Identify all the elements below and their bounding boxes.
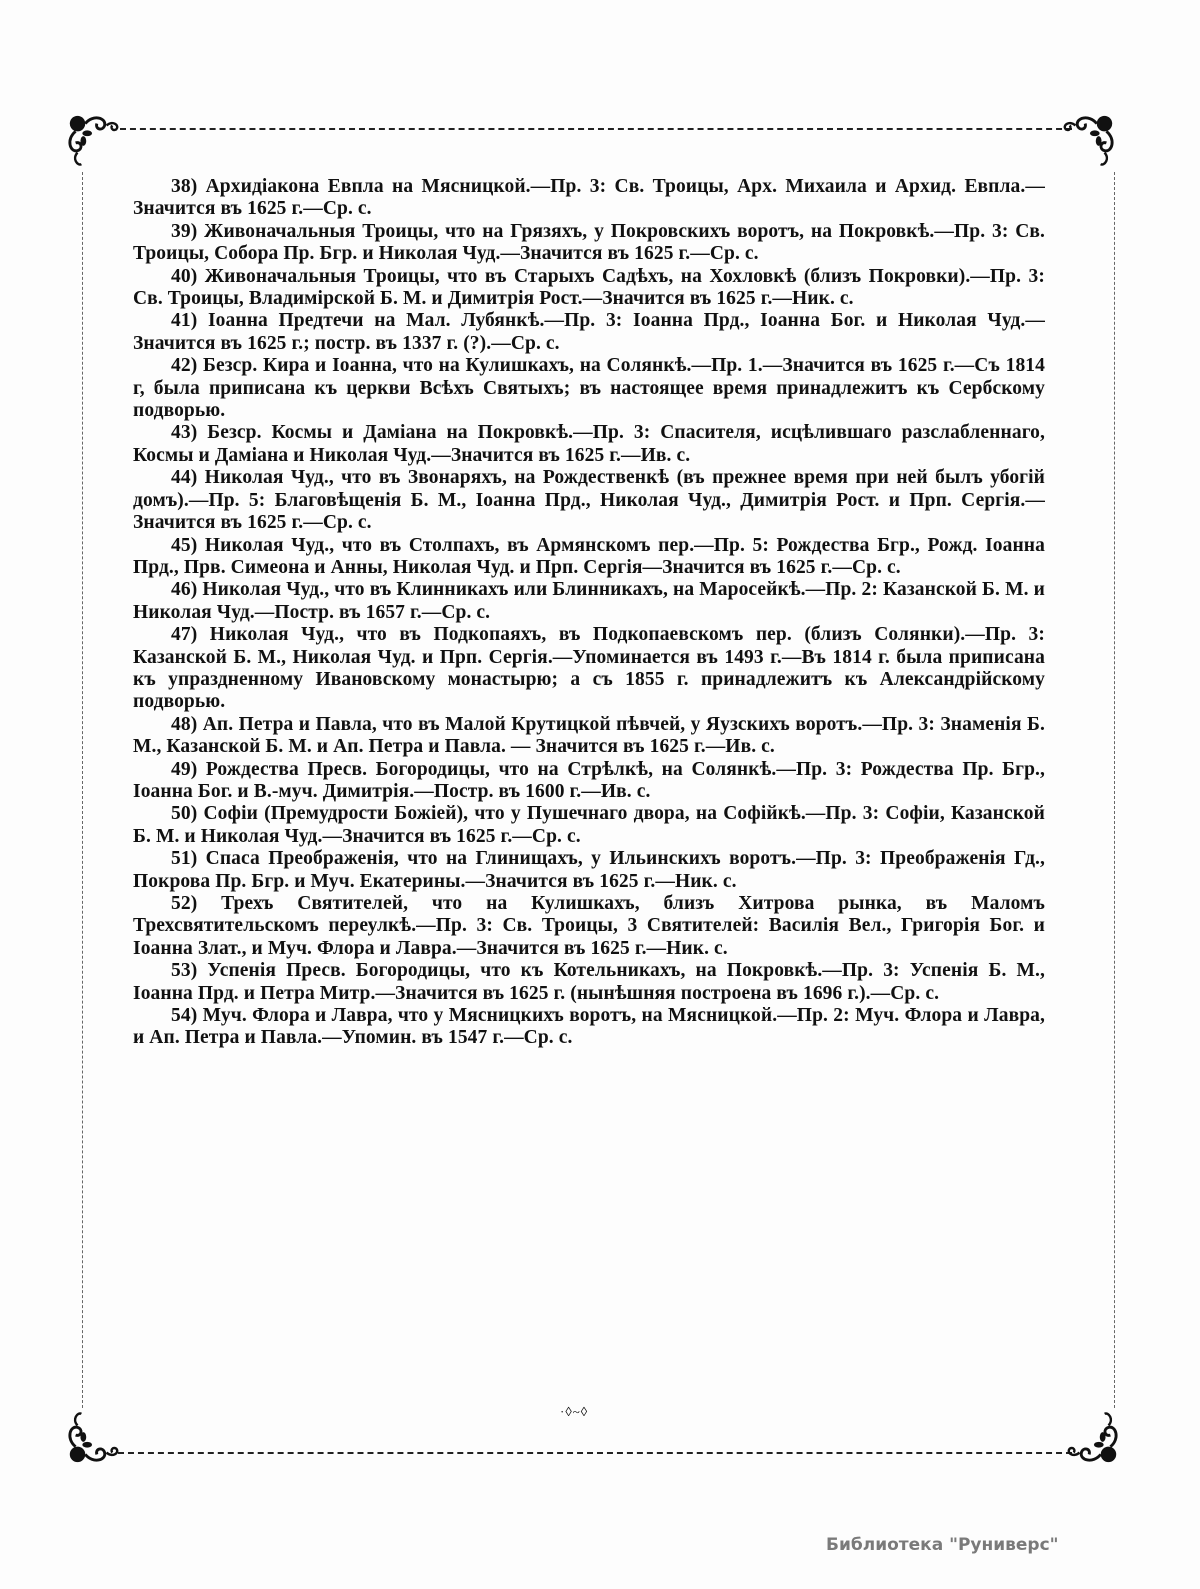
church-entry-43: 43) Безср. Космы и Даміана на Покровкѣ.—…: [133, 422, 1045, 467]
entry-text: Успенія Пресв. Богородицы, что къ Котель…: [133, 960, 1045, 1003]
entry-number: 45): [171, 535, 197, 556]
entry-number: 48): [171, 714, 197, 735]
entry-text: Николая Чуд., что въ Клинникахъ или Блин…: [133, 579, 1045, 622]
church-entry-54: 54) Муч. Флора и Лавра, что у Мясницкихъ…: [133, 1005, 1045, 1050]
corner-flourish-icon: [1060, 112, 1118, 170]
entry-number: 52): [171, 893, 197, 914]
entry-number: 39): [171, 221, 197, 242]
entry-text: Рождества Пресв. Богородицы, что на Стрѣ…: [133, 759, 1045, 802]
church-entry-52: 52) Трехъ Святителей, что на Кулишкахъ, …: [133, 893, 1045, 960]
entry-text: Безср. Космы и Даміана на Покровкѣ.—Пр. …: [133, 422, 1045, 465]
entry-text: Николая Чуд., что въ Подкопаяхъ, въ Подк…: [133, 624, 1045, 712]
entry-number: 38): [171, 176, 197, 197]
entry-text: Ап. Петра и Павла, что въ Малой Крутицко…: [133, 714, 1045, 757]
entry-text: Трехъ Святителей, что на Кулишкахъ, близ…: [133, 893, 1045, 959]
bottom-dashed-rule: [118, 1452, 1072, 1454]
right-border-rule: [1114, 172, 1115, 1408]
church-entry-42: 42) Безср. Кира и Іоанна, что на Кулишка…: [133, 355, 1045, 422]
entry-text: Муч. Флора и Лавра, что у Мясницкихъ вор…: [133, 1005, 1045, 1048]
church-entry-51: 51) Спаса Преображенія, что на Глинищахъ…: [133, 848, 1045, 893]
entry-number: 43): [171, 422, 197, 443]
entry-number: 51): [171, 848, 197, 869]
entry-text: Безср. Кира и Іоанна, что на Кулишкахъ, …: [133, 355, 1045, 421]
corner-flourish-icon: [64, 112, 122, 170]
corner-flourish-icon: [64, 1408, 122, 1466]
entry-number: 42): [171, 355, 197, 376]
entry-text: Николая Чуд., что въ Столпахъ, въ Армянс…: [133, 535, 1045, 578]
entry-text: Николая Чуд., что въ Звонаряхъ, на Рожде…: [133, 467, 1045, 533]
entry-number: 49): [171, 759, 197, 780]
church-entry-39: 39) Живоначальныя Троицы, что на Грязяхъ…: [133, 221, 1045, 266]
entry-text: Іоанна Предтечи на Мал. Лубянкѣ.—Пр. 3: …: [133, 310, 1045, 353]
church-entry-38: 38) Архидіакона Евпла на Мясницкой.—Пр. …: [133, 176, 1045, 221]
church-entry-48: 48) Ап. Петра и Павла, что въ Малой Крут…: [133, 714, 1045, 759]
church-entry-46: 46) Николая Чуд., что въ Клинникахъ или …: [133, 579, 1045, 624]
entry-number: 44): [171, 467, 197, 488]
entry-number: 47): [171, 624, 197, 645]
top-dashed-rule: [120, 128, 1072, 130]
entry-number: 50): [171, 803, 197, 824]
entry-number: 41): [171, 310, 197, 331]
entry-text: Спаса Преображенія, что на Глинищахъ, у …: [133, 848, 1045, 891]
church-entry-45: 45) Николая Чуд., что въ Столпахъ, въ Ар…: [133, 535, 1045, 580]
entry-number: 46): [171, 579, 197, 600]
entry-number: 53): [171, 960, 197, 981]
entry-text: Живоначальныя Троицы, что въ Старыхъ Сад…: [133, 266, 1045, 309]
church-entry-50: 50) Софіи (Премудрости Божіей), что у Пу…: [133, 803, 1045, 848]
church-list: 38) Архидіакона Евпла на Мясницкой.—Пр. …: [133, 176, 1045, 1050]
end-ornament-icon: ·◊~◊: [560, 1404, 588, 1420]
church-entry-44: 44) Николая Чуд., что въ Звонаряхъ, на Р…: [133, 467, 1045, 534]
church-entry-49: 49) Рождества Пресв. Богородицы, что на …: [133, 759, 1045, 804]
church-entry-53: 53) Успенія Пресв. Богородицы, что къ Ко…: [133, 960, 1045, 1005]
left-border-rule: [82, 172, 83, 1408]
entry-number: 40): [171, 266, 197, 287]
corner-flourish-icon: [1064, 1408, 1122, 1466]
entry-number: 54): [171, 1005, 197, 1026]
entry-text: Архидіакона Евпла на Мясницкой.—Пр. 3: С…: [133, 176, 1045, 219]
entry-text: Живоначальныя Троицы, что на Грязяхъ, у …: [133, 221, 1045, 264]
church-entry-47: 47) Николая Чуд., что въ Подкопаяхъ, въ …: [133, 624, 1045, 714]
entry-text: Софіи (Премудрости Божіей), что у Пушечн…: [133, 803, 1045, 846]
church-entry-41: 41) Іоанна Предтечи на Мал. Лубянкѣ.—Пр.…: [133, 310, 1045, 355]
church-entry-40: 40) Живоначальныя Троицы, что въ Старыхъ…: [133, 266, 1045, 311]
library-watermark: Библиотека "Руниверс": [826, 1535, 1059, 1555]
